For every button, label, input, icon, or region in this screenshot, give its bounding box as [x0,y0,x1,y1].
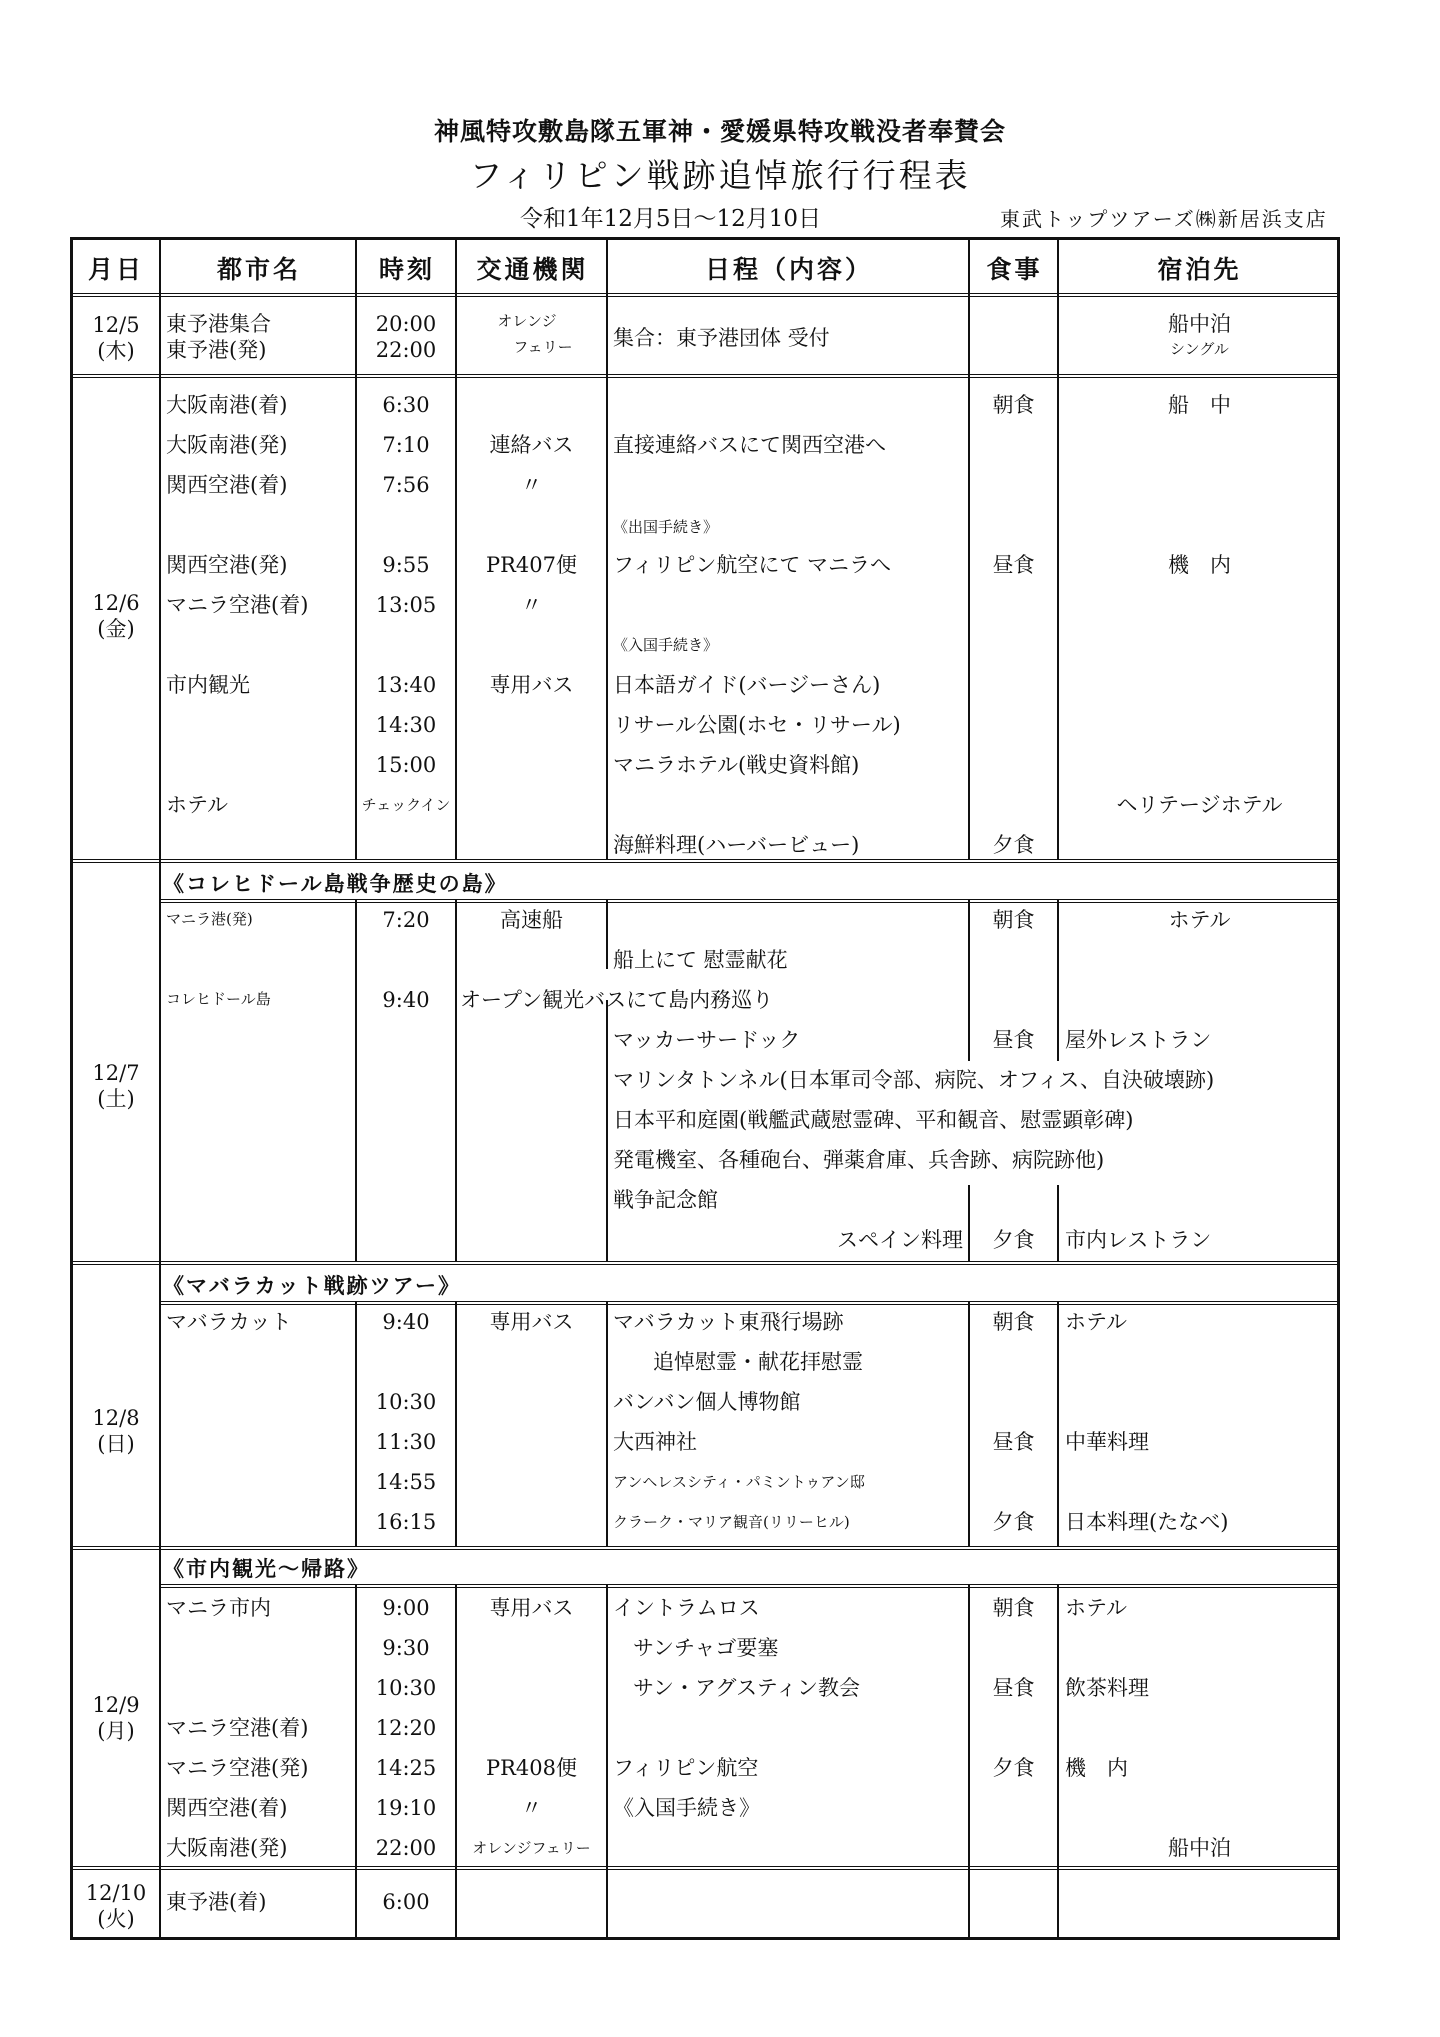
transport: 〃 [457,475,606,496]
lodging: 日本料理(たなべ) [1065,1512,1228,1533]
col-header-meal: 食事 [970,240,1059,295]
schedule-item: フィリピン航空 [613,1758,758,1779]
city: 関西空港(発) [166,555,287,576]
col-header-transport: 交通機関 [457,240,608,295]
section-divider [159,899,1340,903]
schedule-item: マバラカット東飛行場跡 [613,1312,844,1333]
section-divider [159,1584,1340,1588]
lodging: ホテル [1059,910,1340,931]
day-divider [73,859,1340,863]
meal: 昼食 [970,1030,1057,1051]
col-divider [968,1301,970,1546]
col-header-lodging: 宿泊先 [1059,240,1340,295]
meal: 夕食 [970,1230,1057,1251]
col-divider [1057,1185,1059,1261]
schedule-item: マリンタトンネル(日本軍司令部、病院、オフィス、自決破壊跡) [613,1070,1214,1091]
schedule-item: マッカーサードック [613,1030,800,1051]
time: 14:55 [357,1472,455,1493]
transport: オレンジ [457,314,597,329]
lodging: 中華料理 [1065,1432,1149,1453]
time: 16:15 [357,1512,455,1533]
time: 9:55 [357,555,455,576]
schedule-item: 直接連絡バスにて関西空港へ [613,435,886,456]
lodging: 船中泊 [1059,314,1340,335]
time: 7:10 [357,435,455,456]
time: 15:00 [357,755,455,776]
time: 9:40 [357,1312,455,1333]
schedule-item: 船上にて 慰霊献花 [613,950,788,971]
schedule-item: イントラムロス [613,1598,760,1619]
transport: PR408便 [457,1758,606,1779]
col-header-schedule: 日程（内容） [608,240,970,295]
transport: 専用バス [457,1312,606,1333]
transport: オレンジフェリー [457,1841,606,1856]
day-divider [73,1866,1340,1870]
schedule-item: フィリピン航空にて マニラへ [613,555,891,576]
lodging: 機 内 [1065,1758,1128,1779]
meal: 朝食 [970,910,1057,931]
city: 大阪南港(発) [166,435,287,456]
lodging: 市内レストラン [1065,1230,1211,1251]
col-divider [159,240,161,1940]
time: 12:20 [357,1718,455,1739]
day-date-12-7: 12/7(土) [73,1060,159,1113]
schedule-item: マニラホテル(戦史資料館) [613,755,859,776]
col-divider [1057,1301,1059,1546]
lodging: ホテル [1065,1312,1127,1333]
section-title: 《市内観光～帰路》 [163,1553,370,1583]
meal: 夕食 [970,1758,1057,1779]
time: 13:40 [357,675,455,696]
time: 10:30 [357,1678,455,1699]
schedule-item: 集合：東予港団体 受付 [613,328,830,349]
col-divider [606,1000,608,1261]
time: チェックイン [357,798,455,813]
schedule-item: アンヘレスシティ・パミントゥアン邸 [613,1475,865,1490]
document-title: フィリピン戦跡追悼旅行行程表 [0,150,1440,197]
transport: 高速船 [457,910,606,931]
schedule-item: 追悼慰霊・献花拝慰霊 [653,1352,863,1373]
lodging: 屋外レストラン [1065,1030,1211,1051]
lodging: 船中泊 [1059,1838,1340,1859]
schedule-item: スペイン料理 [813,1230,963,1251]
col-divider [455,1301,457,1546]
transport: 〃 [457,595,606,616]
time: 7:20 [357,910,455,931]
col-divider [606,1584,608,1940]
col-divider [455,240,457,859]
time: 9:00 [357,1598,455,1619]
city: 市内観光 [166,675,250,696]
col-divider [968,240,970,859]
day-date-12-6: 12/6(金) [73,590,159,643]
time: 14:25 [357,1758,455,1779]
city: 東予港集合 [166,314,271,335]
col-header-date: 月日 [73,240,159,295]
col-divider [606,1301,608,1546]
schedule-item: バンバン個人博物館 [613,1392,801,1413]
schedule-note: 《入国手続き》 [613,638,718,653]
city: マニラ空港(着) [166,595,308,616]
meal: 昼食 [970,555,1057,576]
section-title: 《マバラカット戦跡ツアー》 [163,1270,461,1300]
lodging: 飲茶料理 [1065,1678,1149,1699]
col-divider [355,1301,357,1546]
schedule-item: 日本語ガイド(バージーさん) [613,675,880,696]
schedule-item: サン・アグスティン教会 [633,1678,860,1699]
city: 大阪南港(着) [166,395,287,416]
time: 20:00 [357,314,455,335]
lodging: ホテル [1065,1598,1127,1619]
time: 19:10 [357,1798,455,1819]
schedule-item: 日本平和庭園(戦艦武蔵慰霊碑、平和観音、慰霊顕彰碑) [613,1110,1133,1131]
city: 東予港(着) [166,1892,266,1913]
time: 6:00 [357,1892,455,1913]
meal: 朝食 [970,1312,1057,1333]
lodging: 機 内 [1059,555,1340,576]
col-divider [606,240,608,859]
transport: 連絡バス [457,435,606,456]
city: 関西空港(着) [166,475,287,496]
time: 10:30 [357,1392,455,1413]
meal: 昼食 [970,1678,1057,1699]
time: 9:40 [357,990,455,1011]
day-divider [73,1546,1340,1550]
col-divider [606,899,608,969]
city: マニラ空港(発) [166,1758,308,1779]
col-divider [455,899,457,1261]
header-divider [73,293,1340,297]
schedule-item: サンチャゴ要塞 [633,1638,778,1659]
lodging: 船 中 [1059,395,1340,416]
day-date-12-9: 12/9(月) [73,1692,159,1745]
meal: 朝食 [970,395,1057,416]
lodging: ヘリテージホテル [1059,795,1340,816]
city: マニラ港(発) [166,912,253,927]
city: 大阪南港(発) [166,1838,287,1859]
day-date-12-8: 12/8(日) [73,1405,159,1458]
schedule-item: クラーク・マリア観音(リリーヒル) [613,1515,850,1530]
schedule-item: 発電機室、各種砲台、弾薬倉庫、兵舎跡、病院跡他) [613,1150,1104,1171]
city: 東予港(発) [166,340,266,361]
meal: 昼食 [970,1432,1057,1453]
city: ホテル [166,795,228,816]
time: 22:00 [357,1838,455,1859]
schedule-note: 《出国手続き》 [613,520,718,535]
city: 関西空港(着) [166,1798,287,1819]
col-divider [355,899,357,1261]
time: 6:30 [357,395,455,416]
transport: PR407便 [457,555,606,576]
day-date-12-5: 12/5(木) [73,312,159,365]
time: 9:30 [357,1638,455,1659]
organization-name: 神風特攻敷島隊五軍神・愛媛県特攻戦没者奉賛会 [0,112,1440,148]
meal: 朝食 [970,1598,1057,1619]
time: 7:56 [357,475,455,496]
day-divider [73,374,1340,378]
city: マバラカット [166,1312,292,1333]
day-date-12-10: 12/10(火) [73,1880,159,1933]
travel-agency: 東武トップツアーズ㈱新居浜支店 [1000,203,1328,232]
col-header-city: 都市名 [161,240,357,295]
schedule-item: 《入国手続き》 [613,1798,760,1819]
transport: フェリー [473,340,613,355]
city: マニラ空港(着) [166,1718,308,1739]
schedule-item: 海鮮料理(ハーバービュー) [613,835,859,856]
schedule-item: オープン観光バスにて島内務巡り [460,990,773,1011]
schedule-item: リサール公園(ホセ・リサール) [613,715,901,736]
transport: 〃 [457,1798,606,1819]
time: 22:00 [357,340,455,361]
time: 11:30 [357,1432,455,1453]
section-divider [159,1301,1340,1305]
city: コレヒドール島 [166,992,271,1007]
transport: 専用バス [457,675,606,696]
itinerary-table: 月日 都市名 時刻 交通機関 日程（内容） 食事 宿泊先 12/5(木) 東予港… [70,237,1340,1940]
transport: 専用バス [457,1598,606,1619]
col-header-time: 時刻 [357,240,457,295]
meal: 夕食 [970,1512,1057,1533]
lodging: シングル [1059,342,1340,357]
schedule-item: 戦争記念館 [613,1190,718,1211]
date-range: 令和1年12月5日～12月10日 [520,200,821,233]
meal: 夕食 [970,835,1057,856]
section-title: 《コレヒドール島戦争歴史の島》 [163,868,508,898]
schedule-item: 大西神社 [613,1432,697,1453]
city: マニラ市内 [166,1598,271,1619]
time: 13:05 [357,595,455,616]
day-divider [73,1261,1340,1265]
col-divider [1057,1584,1059,1940]
time: 14:30 [357,715,455,736]
